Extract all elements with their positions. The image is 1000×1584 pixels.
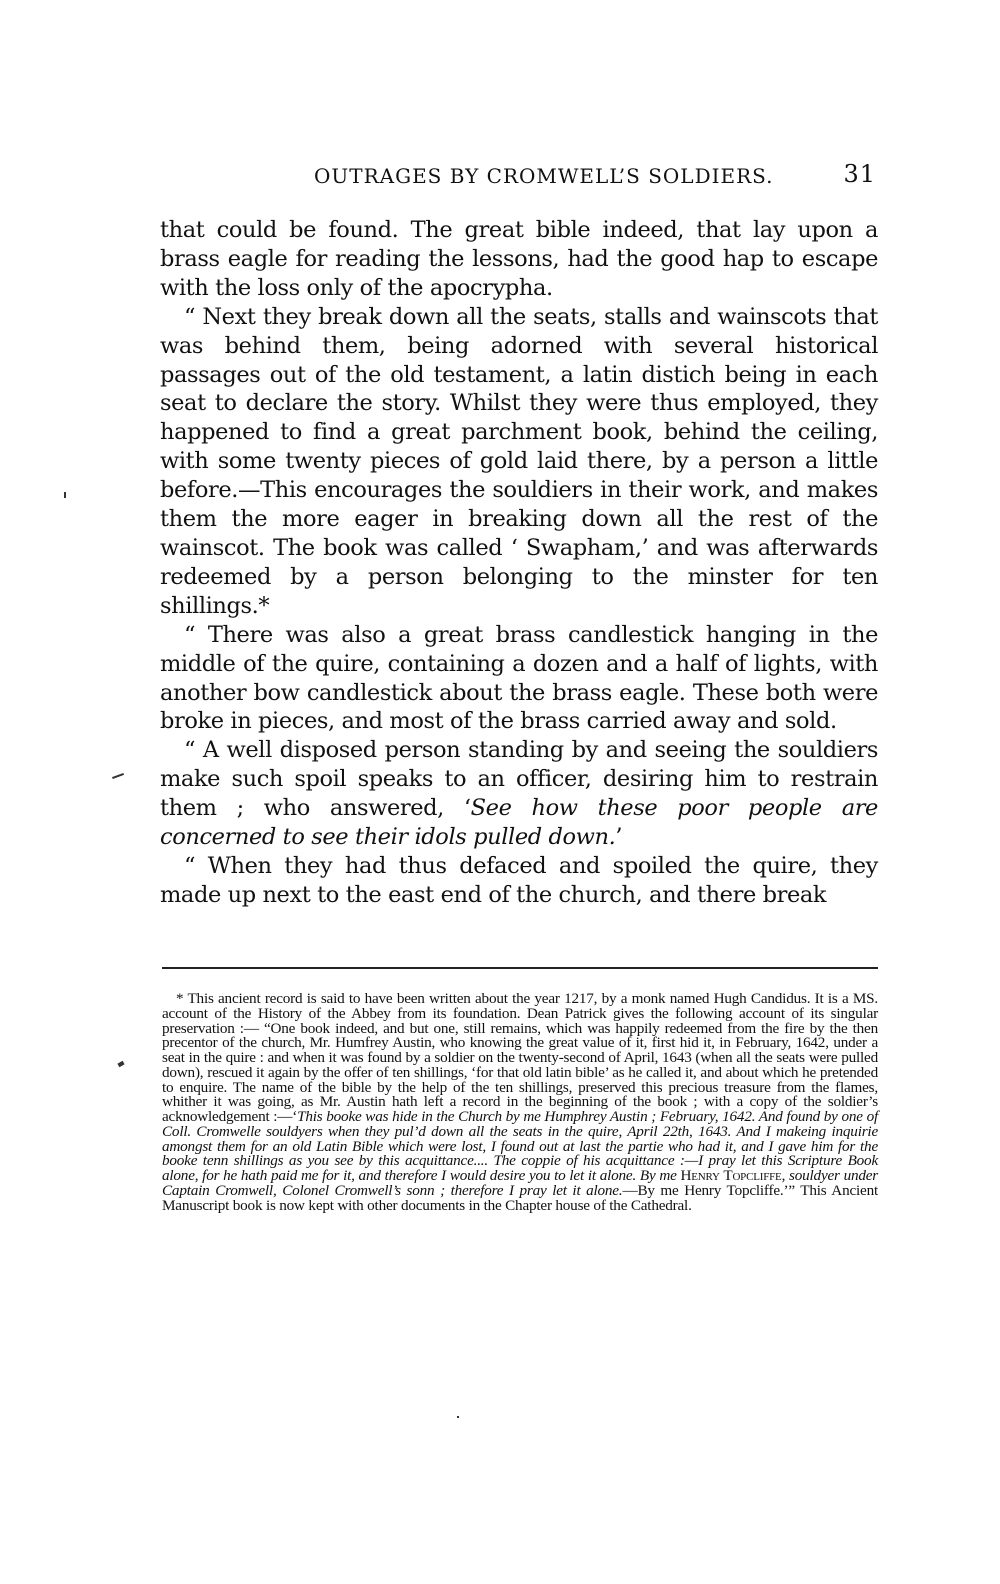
page-number: 31 bbox=[843, 160, 876, 188]
footnote-paragraph: * This ancient record is said to have be… bbox=[162, 992, 878, 1213]
margin-mark bbox=[457, 1416, 459, 1418]
paragraph-4-close: ’ bbox=[615, 824, 622, 850]
paragraph-1: that could be found. The great bible ind… bbox=[160, 216, 878, 303]
paragraph-3: “ There was also a great brass candlesti… bbox=[160, 621, 878, 737]
margin-mark bbox=[117, 1061, 124, 1067]
paragraph-4: “ A well disposed person standing by and… bbox=[160, 736, 878, 852]
paragraph-5: “ When they had thus defaced and spoiled… bbox=[160, 852, 878, 910]
footnote-text-1: * This ancient record is said to have be… bbox=[162, 990, 878, 1125]
running-header: OUTRAGES BY CROMWELL’S SOLDIERS. 31 bbox=[160, 160, 876, 192]
chapter-running-title: OUTRAGES BY CROMWELL’S SOLDIERS. bbox=[314, 164, 774, 188]
margin-mark bbox=[64, 492, 66, 498]
book-page: OUTRAGES BY CROMWELL’S SOLDIERS. 31 that… bbox=[0, 0, 1000, 1584]
paragraph-2: “ Next they break down all the seats, st… bbox=[160, 303, 878, 621]
main-text: that could be found. The great bible ind… bbox=[160, 216, 878, 910]
margin-mark bbox=[112, 773, 124, 779]
footnote: * This ancient record is said to have be… bbox=[162, 992, 878, 1213]
footnote-divider bbox=[162, 967, 878, 969]
